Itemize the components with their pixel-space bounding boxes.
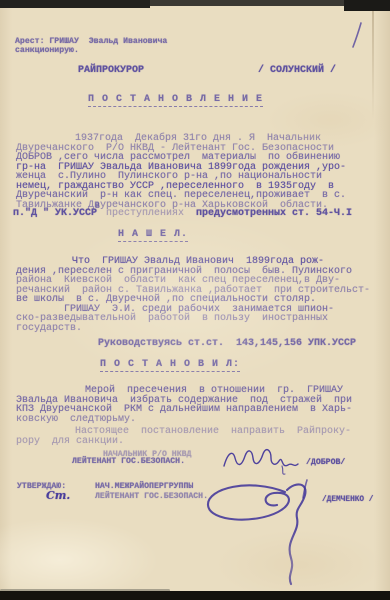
dobrov-signature	[222, 444, 302, 474]
found-heading: Н А Ш Е Л.	[118, 230, 188, 242]
signatory1-name: /ДОБРОВ/	[306, 458, 345, 468]
page-number-mark	[352, 22, 364, 48]
findings-line: государств.	[16, 324, 82, 334]
photo-frame-top-left	[0, 0, 150, 8]
demchenko-signature	[195, 478, 335, 588]
approval-signatory-name: /ДЕМЧЕНКО /	[322, 496, 373, 506]
legal-basis-line: Руководствуясь ст.ст. 143,145,156 УПК.УС…	[98, 339, 356, 349]
signatory1-title-line2: ЛЕЙТЕНАНТ ГОС.БЕЗОПАСН.	[72, 457, 185, 467]
resolution-line: ковскую следтюрьму.	[16, 415, 136, 425]
document-title: П О С Т А Н О В Л Е Н И Е	[88, 95, 263, 107]
approval-title-line2: ЛЕЙТЕНАНТ ГОС.БЕЗОПАСН.	[95, 492, 208, 502]
paper-crease	[372, 0, 374, 120]
photo-frame-bottom	[0, 591, 390, 600]
approval-title-line1: НАЧ.МЕЖРАЙОПЕРГРУППЫ	[95, 482, 193, 492]
arrest-note-line2: санкционирую.	[15, 46, 79, 56]
photo-frame-top-right	[344, 0, 390, 11]
forwarding-line: рору для санкции.	[16, 437, 124, 447]
resolved-heading: П О С Т А Н О В И Л:	[100, 360, 240, 372]
prosecutor-name: / СОЛУНСКИЙ /	[258, 66, 336, 76]
approval-handwritten-rank: Ст.	[46, 491, 70, 501]
charge-article-left: п."Д " УК.УССР	[13, 209, 97, 219]
scanned-document-photo: Арест: ГРИШАУ Эвальд Ивановича санкциони…	[0, 0, 390, 600]
charge-mid: преступлениях	[106, 209, 184, 219]
charge-superscript: В	[95, 202, 100, 212]
prosecutor-title: РАЙПРОКУРОР	[78, 66, 144, 76]
charge-article-right: предусмотренных ст. 54-Ч.I	[196, 209, 352, 219]
